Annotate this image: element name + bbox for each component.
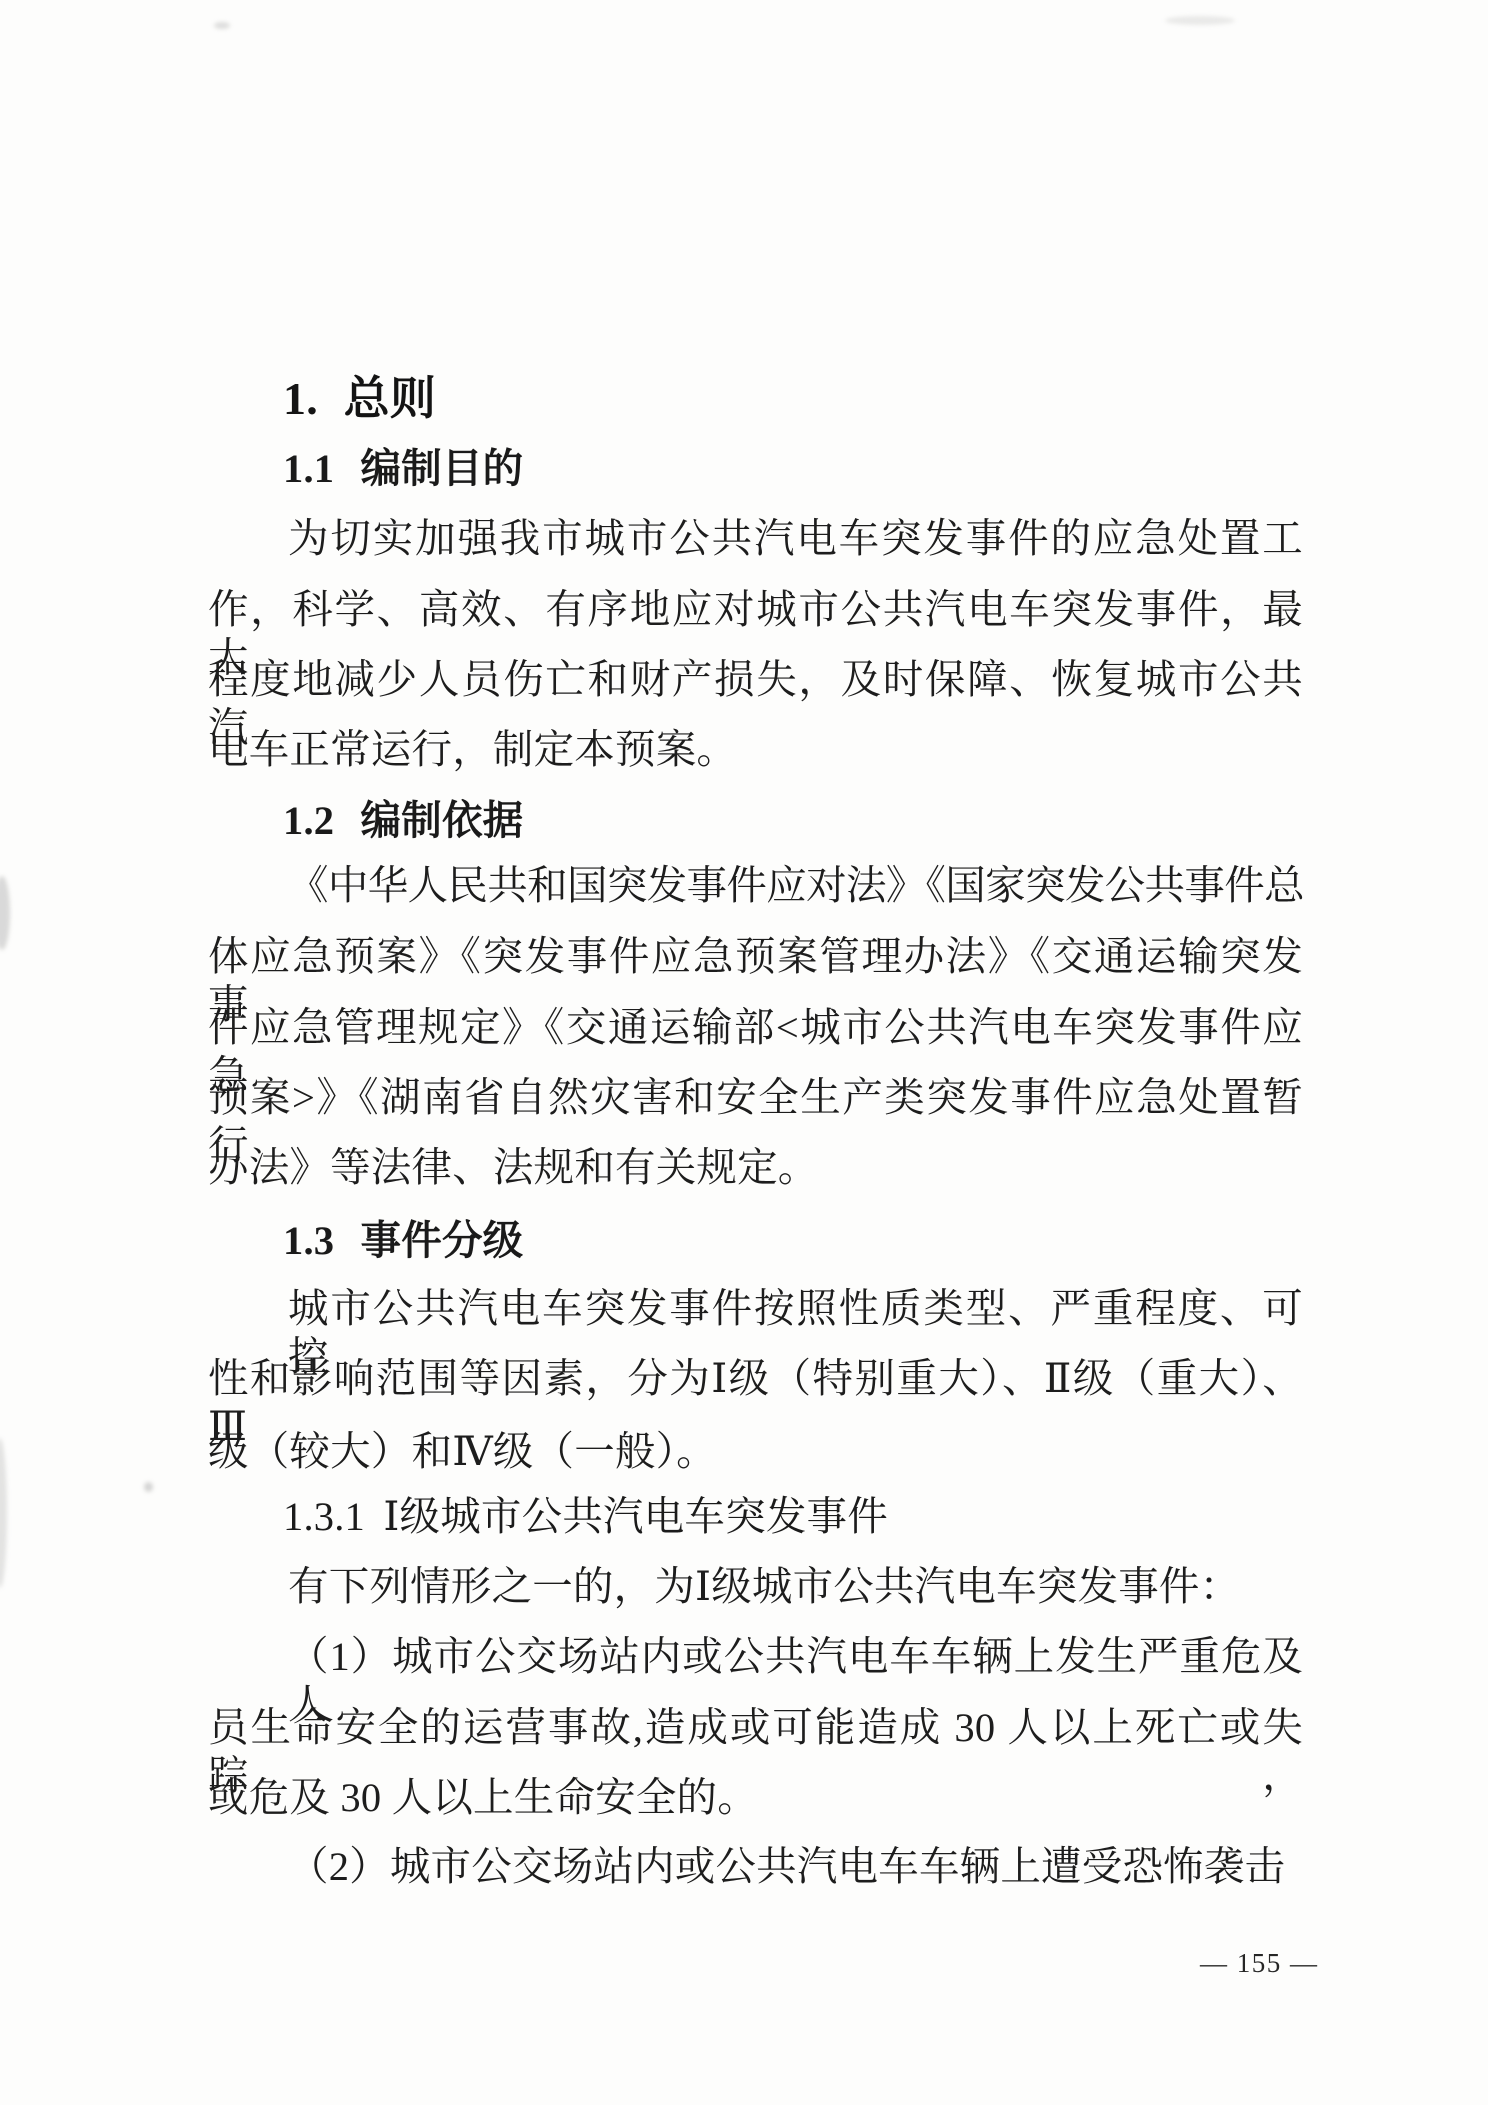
para-basis-line: 办法》等法律、法规和有关规定。	[208, 1144, 1303, 1192]
heading-compilation-basis: 1.2 编制依据	[208, 797, 1303, 845]
para-purpose-line: 电车正常运行，制定本预案。	[208, 726, 1303, 774]
heading-event-classification: 1.3 事件分级	[208, 1217, 1303, 1265]
scan-smudge	[214, 22, 230, 29]
scan-smudge	[0, 876, 10, 950]
para-level-1-intro: 有下列情形之一的，为Ⅰ级城市公共汽电车突发事件：	[208, 1563, 1303, 1611]
para-basis-line: 《中华人民共和国突发事件应对法》《国家突发公共事件总	[208, 862, 1303, 910]
heading-level-1-event: 1.3.1 Ⅰ级城市公共汽电车突发事件	[208, 1493, 1303, 1541]
page-number: — 155 —	[1200, 1948, 1319, 1979]
heading-general-provisions: 1. 总则	[208, 372, 1303, 426]
scan-smudge	[0, 1438, 7, 1588]
document-page: 1. 总则 1.1 编制目的 为切实加强我市城市公共汽电车突发事件的应急处置工 …	[0, 0, 1488, 2105]
para-item-1-line: 或危及 30 人以上生命安全的。	[208, 1774, 1303, 1822]
para-purpose-line: 为切实加强我市城市公共汽电车突发事件的应急处置工	[208, 515, 1303, 563]
scan-smudge	[144, 1482, 153, 1492]
heading-compilation-purpose: 1.1 编制目的	[208, 445, 1303, 493]
para-item-2-line: （2）城市公交场站内或公共汽电车车辆上遭受恐怖袭击	[208, 1843, 1303, 1891]
scan-smudge	[1165, 16, 1235, 25]
para-classification-line: 级（较大）和Ⅳ级（一般）。	[208, 1428, 1303, 1476]
